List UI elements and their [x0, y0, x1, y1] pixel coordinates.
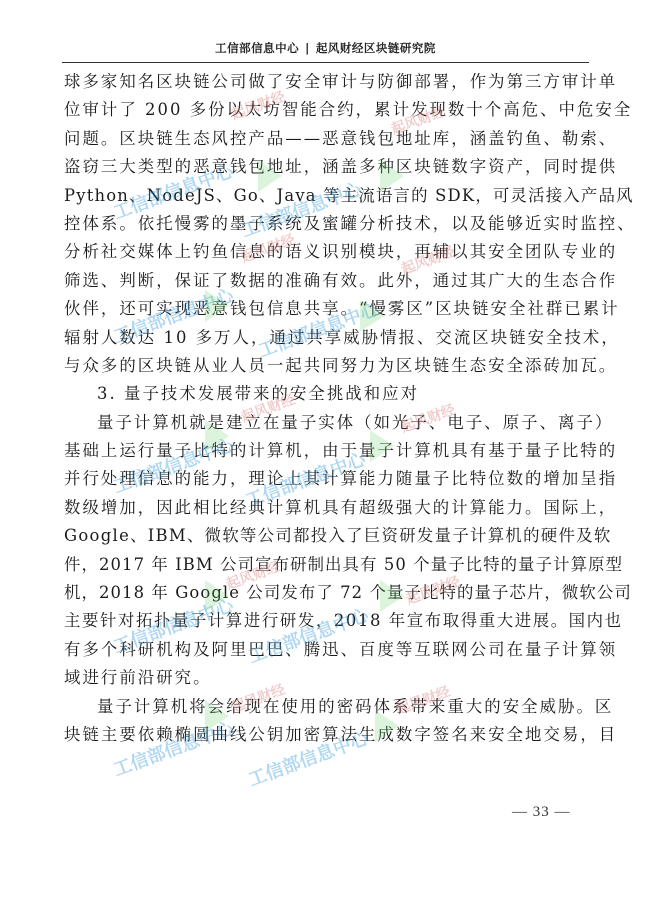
paragraph-line: 问题。区块链生态风控产品——恶意钱包地址库，涵盖钓鱼、勒索、: [64, 125, 586, 153]
paragraph-line: 域进行前沿研究。: [64, 664, 586, 692]
header-org-right: 起风财经区块链研究院: [316, 41, 436, 55]
running-header: 工信部信息中心|起风财经区块链研究院: [62, 40, 589, 63]
watermark-logo-icon: [375, 710, 399, 742]
header-org-left: 工信部信息中心: [215, 41, 299, 55]
watermark-logo-icon: [205, 700, 229, 732]
watermark-logo-icon: [205, 420, 229, 452]
paragraph-line: 筛选、判断，保证了数据的准确有效。此外，通过其广大的生态合作: [64, 267, 586, 295]
paragraph-line: 数级增加，因此相比经典计算机具有超级强大的计算能力。国际上，: [64, 494, 586, 522]
section-heading: 3. 量子技术发展带来的安全挑战和应对: [64, 380, 586, 408]
watermark-logo-icon: [205, 290, 229, 322]
paragraph-line: 件，2017 年 IBM 公司宣布研制出具有 50 个量子比特的量子计算原型: [64, 551, 586, 579]
watermark-logo-icon: [258, 160, 282, 192]
watermark-logo-icon: [370, 430, 394, 462]
paragraph-line: 球多家知名区块链公司做了安全审计与防御部署，作为第三方审计单: [64, 68, 586, 96]
watermark-logo-icon: [380, 160, 404, 192]
paragraph-line: 与众多的区块链从业人员一起共同努力为区块链生态安全添砖加瓦。: [64, 352, 586, 380]
watermark-logo-icon: [380, 580, 404, 612]
paragraph-line: Google、IBM、微软等公司都投入了巨资研发量子计算机的硬件及软: [64, 522, 586, 550]
paragraph-line: 机，2018 年 Google 公司发布了 72 个量子比特的量子芯片，微软公司: [64, 579, 586, 607]
paragraph-line: 量子计算机就是建立在量子实体（如光子、电子、原子、离子）: [64, 409, 586, 437]
paragraph-line: 量子计算机将会给现在使用的密码体系带来重大的安全威胁。区: [64, 693, 586, 721]
watermark-logo-icon: [205, 580, 229, 612]
paragraph-line: 盗窃三大类型的恶意钱包地址，涵盖多种区块链数字资产，同时提供: [64, 153, 586, 181]
paragraph-line: 位审计了 200 多份以太坊智能合约，累计发现数十个高危、中危安全: [64, 96, 586, 124]
paragraph-line: 分析社交媒体上钓鱼信息的语义识别模块，再辅以其安全团队专业的: [64, 238, 586, 266]
page-number: — 33 —: [512, 804, 571, 821]
header-separator: |: [305, 40, 310, 56]
watermark-logo-icon: [360, 300, 384, 332]
